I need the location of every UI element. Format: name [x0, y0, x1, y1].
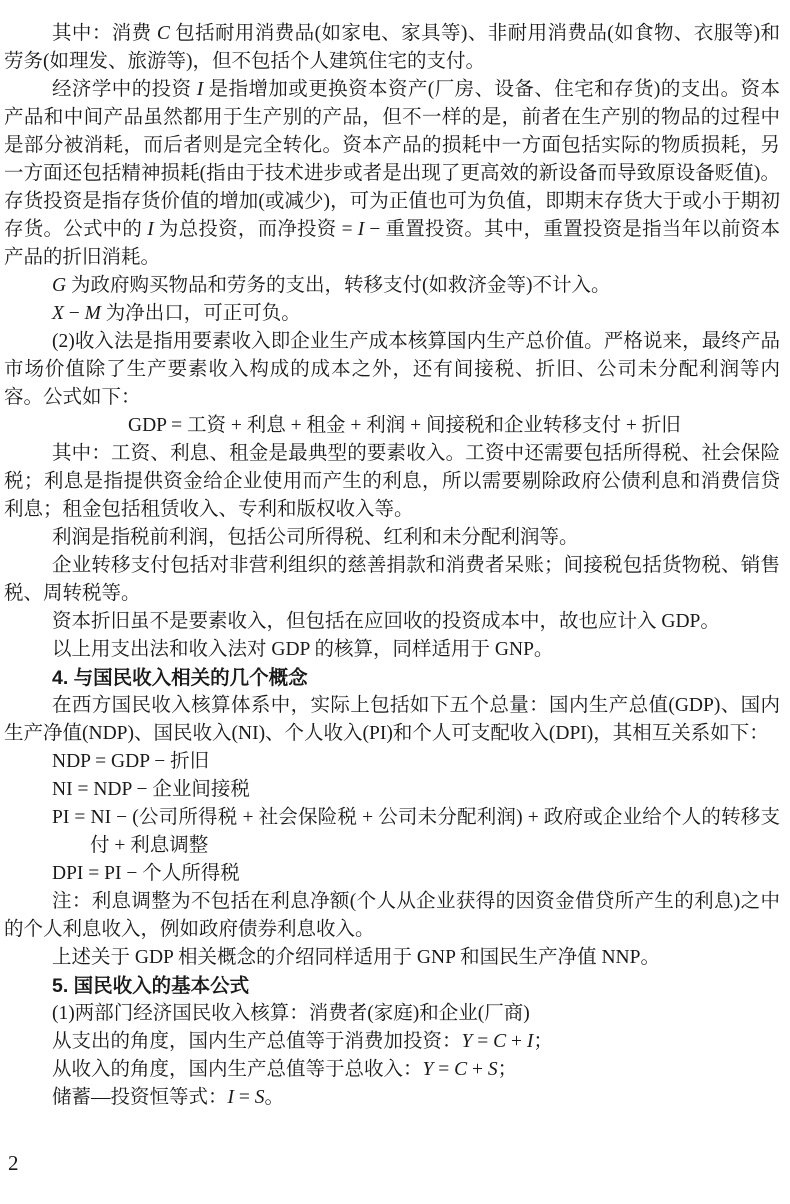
text-run: 为总投资，而净投资 = — [154, 219, 358, 240]
text-run: + — [506, 1031, 527, 1052]
paragraph: 上述关于 GDP 相关概念的介绍同样适用于 GNP 和国民生产净值 NNP。 — [4, 944, 780, 972]
text-run: 以上用支出法和收入法对 GDP 的核算，同样适用于 GNP。 — [52, 639, 553, 660]
paragraph: 其中：消费 C 包括耐用消费品(如家电、家具等)、非耐用消费品(如食物、衣服等)… — [4, 20, 780, 76]
math-variable: Y — [462, 1031, 473, 1052]
paragraph: 其中：工资、利息、租金是最典型的要素收入。工资中还需要包括所得税、社会保险税；利… — [4, 440, 780, 524]
paragraph: 资本折旧虽不是要素收入，但包括在应回收的投资成本中，故也应计入 GDP。 — [4, 608, 780, 636]
math-variable: G — [52, 275, 66, 296]
text-run: + — [467, 1059, 488, 1080]
paragraph: 在西方国民收入核算体系中，实际上包括如下五个总量：国内生产总值(GDP)、国内生… — [4, 692, 780, 748]
math-variable: C — [157, 23, 170, 44]
math-variable: Y — [423, 1059, 434, 1080]
paragraph: 利润是指税前利润，包括公司所得税、红利和未分配利润等。 — [4, 524, 780, 552]
text-run: (1)两部门经济国民收入核算：消费者(家庭)和企业(厂商) — [52, 1003, 530, 1024]
text-run: 注：利息调整为不包括在利息净额(个人从企业获得的因资金借贷所产生的利息)之中的个… — [4, 891, 780, 940]
math-variable: C — [493, 1031, 506, 1052]
text-run: 从收入的角度，国内生产总值等于总收入： — [52, 1059, 423, 1080]
text-run: 其中：工资、利息、租金是最典型的要素收入。工资中还需要包括所得税、社会保险税；利… — [4, 443, 780, 520]
section-heading: 4. 与国民收入相关的几个概念 — [4, 664, 780, 692]
math-variable: C — [454, 1059, 467, 1080]
text-run: NDP = GDP − 折旧 — [52, 751, 209, 772]
math-variable: S — [255, 1087, 265, 1108]
formula-line: NDP = GDP − 折旧 — [4, 748, 780, 776]
text-run: 在西方国民收入核算体系中，实际上包括如下五个总量：国内生产总值(GDP)、国内生… — [4, 695, 780, 744]
page-number: 2 — [8, 1152, 19, 1174]
text-run: 经济学中的投资 — [52, 79, 197, 100]
text-run: (2)收入法是指用要素收入即企业生产成本核算国内生产总价值。严格说来，最终产品市… — [4, 331, 780, 408]
text-run: 资本折旧虽不是要素收入，但包括在应回收的投资成本中，故也应计入 GDP。 — [52, 611, 720, 632]
document-page: 其中：消费 C 包括耐用消费品(如家电、家具等)、非耐用消费品(如食物、衣服等)… — [0, 0, 790, 1204]
text-run: GDP = 工资 + 利息 + 租金 + 利润 + 间接税和企业转移支付 + 折… — [128, 415, 681, 436]
text-run: 上述关于 GDP 相关概念的介绍同样适用于 GNP 和国民生产净值 NNP。 — [52, 947, 660, 968]
text-run: = — [472, 1031, 493, 1052]
text-run: = — [234, 1087, 255, 1108]
text-run: NI = NDP − 企业间接税 — [52, 779, 250, 800]
text-run: 利润是指税前利润，包括公司所得税、红利和未分配利润等。 — [52, 527, 579, 548]
math-variable: S — [488, 1059, 498, 1080]
formula-line: PI = NI − (公司所得税 + 社会保险税 + 公司未分配利润) + 政府… — [4, 804, 780, 860]
paragraph: 储蓄—投资恒等式：I = S。 — [4, 1084, 780, 1112]
math-variable: X — [52, 303, 64, 324]
text-run: 是指增加或更换资本资产(厂房、设备、住宅和存货)的支出。资本产品和中间产品虽然都… — [4, 79, 780, 240]
text-run: 4. 与国民收入相关的几个概念 — [52, 667, 308, 689]
text-run: 。 — [265, 1087, 285, 1108]
math-variable: M — [85, 303, 101, 324]
paragraph: 经济学中的投资 I 是指增加或更换资本资产(厂房、设备、住宅和存货)的支出。资本… — [4, 76, 780, 272]
text-run: 其中：消费 — [52, 23, 157, 44]
formula-line: DPI = PI − 个人所得税 — [4, 860, 780, 888]
paragraph: 以上用支出法和收入法对 GDP 的核算，同样适用于 GNP。 — [4, 636, 780, 664]
text-run: 为政府购买物品和劳务的支出，转移支付(如救济金等)不计入。 — [66, 275, 610, 296]
text-run: ； — [498, 1059, 518, 1080]
text-run: DPI = PI − 个人所得税 — [52, 863, 240, 884]
text-run: − — [64, 303, 85, 324]
text-run: 5. 国民收入的基本公式 — [52, 975, 249, 997]
paragraph: G 为政府购买物品和劳务的支出，转移支付(如救济金等)不计入。 — [4, 272, 780, 300]
section-heading: 5. 国民收入的基本公式 — [4, 972, 780, 1000]
paragraph: 从支出的角度，国内生产总值等于消费加投资：Y = C + I； — [4, 1028, 780, 1056]
paragraph: X − M 为净出口，可正可负。 — [4, 300, 780, 328]
paragraph: 从收入的角度，国内生产总值等于总收入：Y = C + S； — [4, 1056, 780, 1084]
paragraph: (1)两部门经济国民收入核算：消费者(家庭)和企业(厂商) — [4, 1000, 780, 1028]
paragraph: (2)收入法是指用要素收入即企业生产成本核算国内生产总价值。严格说来，最终产品市… — [4, 328, 780, 412]
text-run: 为净出口，可正可负。 — [101, 303, 301, 324]
text-run: 企业转移支付包括对非营利组织的慈善捐款和消费者呆账；间接税包括货物税、销售税、周… — [4, 555, 780, 604]
formula-line: NI = NDP − 企业间接税 — [4, 776, 780, 804]
text-run: PI = NI − (公司所得税 + 社会保险税 + 公司未分配利润) + 政府… — [52, 807, 780, 856]
text-body: 其中：消费 C 包括耐用消费品(如家电、家具等)、非耐用消费品(如食物、衣服等)… — [4, 20, 780, 1112]
text-run: ； — [533, 1031, 553, 1052]
paragraph: 注：利息调整为不包括在利息净额(个人从企业获得的因资金借贷所产生的利息)之中的个… — [4, 888, 780, 944]
text-run: 储蓄—投资恒等式： — [52, 1087, 228, 1108]
text-run: 从支出的角度，国内生产总值等于消费加投资： — [52, 1031, 462, 1052]
text-run: = — [433, 1059, 454, 1080]
paragraph: 企业转移支付包括对非营利组织的慈善捐款和消费者呆账；间接税包括货物税、销售税、周… — [4, 552, 780, 608]
formula-line: GDP = 工资 + 利息 + 租金 + 利润 + 间接税和企业转移支付 + 折… — [4, 412, 780, 440]
